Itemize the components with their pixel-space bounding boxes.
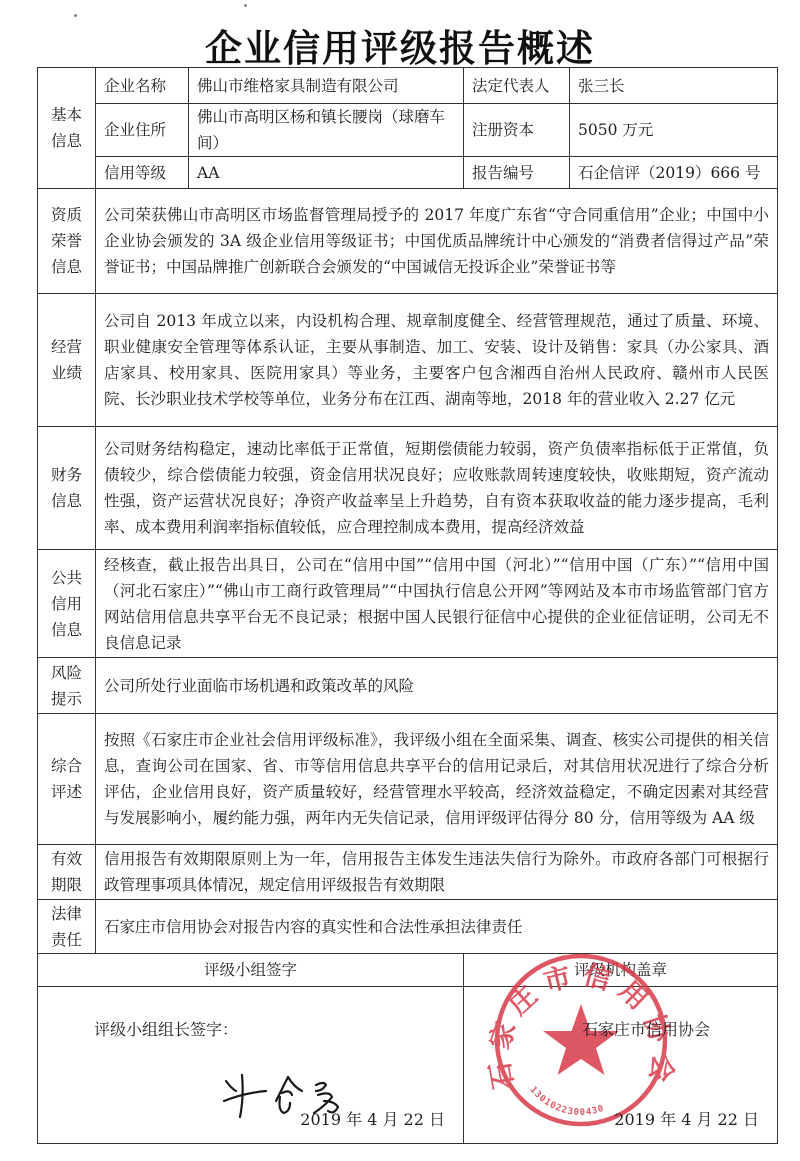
- section-row-legal-liability: 法律责任 石家庄市信用协会对报告内容的真实性和合法性承担法律责任: [38, 900, 778, 954]
- section-label-qualifications: 资质荣誉信息: [38, 189, 96, 294]
- value-address: 佛山市高明区杨和镇长腰岗（球磨车间）: [189, 104, 464, 157]
- section-row-public-credit: 公共信用信息 经核查，截止报告出具日，公司在“信用中国”“信用中国（河北）”“信…: [38, 550, 778, 658]
- section-label-financial-info: 财务信息: [38, 427, 96, 550]
- section-text-financial-info: 公司财务结构稳定，速动比率低于正常值，短期偿债能力较弱，资产负债率指标低于正常值…: [96, 427, 778, 550]
- section-label-legal-liability: 法律责任: [38, 900, 96, 954]
- section-row-qualifications: 资质荣誉信息 公司荣获佛山市高明区市场监督管理局授予的 2017 年度广东省“守…: [38, 189, 778, 294]
- value-report-number: 石企信评（2019）666 号: [570, 157, 778, 189]
- section-text-summary: 按照《石家庄市企业社会信用评级标准》，我评级小组在全面采集、调查、核实公司提供的…: [96, 714, 778, 845]
- section-text-validity: 信用报告有效期限原则上为一年，信用报告主体发生违法失信行为除外。市政府各部门可根…: [96, 845, 778, 900]
- label-registered-capital: 注册资本: [464, 104, 570, 157]
- section-label-basic-info: 基本信息: [38, 68, 96, 189]
- label-credit-level: 信用等级: [96, 157, 189, 189]
- value-registered-capital: 5050 万元: [570, 104, 778, 157]
- report-table: 基本信息 企业名称 佛山市维格家具制造有限公司 法定代表人 张三长 企业住所 佛…: [37, 67, 778, 1144]
- section-text-business-performance: 公司自 2013 年成立以来，内设机构合理、规章制度健全、经营管理规范，通过了质…: [96, 294, 778, 427]
- value-credit-level: AA: [189, 157, 464, 189]
- document-title: 企业信用评级报告概述: [0, 18, 800, 72]
- signature-body-row: 评级小组组长签字： 2019 年 4 月 22 日 石家庄市信用协会: [38, 987, 778, 1144]
- section-text-legal-liability: 石家庄市信用协会对报告内容的真实性和合法性承担法律责任: [96, 900, 778, 954]
- label-address: 企业住所: [96, 104, 189, 157]
- section-text-risk-warning: 公司所处行业面临市场机遇和政策改革的风险: [96, 658, 778, 714]
- section-row-risk-warning: 风险提示 公司所处行业面临市场机遇和政策改革的风险: [38, 658, 778, 714]
- team-signature-date: 2019 年 4 月 22 日: [300, 1107, 445, 1133]
- label-report-number: 报告编号: [464, 157, 570, 189]
- section-label-validity: 有效期限: [38, 845, 96, 900]
- section-row-financial-info: 财务信息 公司财务结构稳定，速动比率低于正常值，短期偿债能力较弱，资产负债率指标…: [38, 427, 778, 550]
- section-row-summary: 综合评述 按照《石家庄市企业社会信用评级标准》，我评级小组在全面采集、调查、核实…: [38, 714, 778, 845]
- rating-agency-seal-cell: 石家庄市信用协会 2019 年 4 月 22 日: [464, 987, 778, 1144]
- basic-info-row-address: 企业住所 佛山市高明区杨和镇长腰岗（球磨车间） 注册资本 5050 万元: [38, 104, 778, 157]
- section-row-validity: 有效期限 信用报告有效期限原则上为一年，信用报告主体发生违法失信行为除外。市政府…: [38, 845, 778, 900]
- value-legal-rep: 张三长: [570, 68, 778, 104]
- handwritten-signature-icon: [58, 1047, 208, 1097]
- section-text-qualifications: 公司荣获佛山市高明区市场监督管理局授予的 2017 年度广东省“守合同重信用”企…: [96, 189, 778, 294]
- value-company-name: 佛山市维格家具制造有限公司: [189, 68, 464, 104]
- section-row-business-performance: 经营业绩 公司自 2013 年成立以来，内设机构合理、规章制度健全、经营管理规范…: [38, 294, 778, 427]
- seal-date: 2019 年 4 月 22 日: [614, 1107, 759, 1133]
- section-label-risk-warning: 风险提示: [38, 658, 96, 714]
- rating-team-signature-header: 评级小组签字: [38, 954, 464, 987]
- rating-agency-name: 石家庄市信用协会: [582, 1017, 710, 1043]
- section-label-business-performance: 经营业绩: [38, 294, 96, 427]
- rating-team-signature-cell: 评级小组组长签字： 2019 年 4 月 22 日: [38, 987, 464, 1144]
- section-text-public-credit: 经核查，截止报告出具日，公司在“信用中国”“信用中国（河北）”“信用中国（广东）…: [96, 550, 778, 658]
- rating-agency-seal-header: 评级机构盖章: [464, 954, 778, 987]
- signature-header-row: 评级小组签字 评级机构盖章: [38, 954, 778, 987]
- basic-info-row-company-name: 基本信息 企业名称 佛山市维格家具制造有限公司 法定代表人 张三长: [38, 68, 778, 104]
- section-label-public-credit: 公共信用信息: [38, 550, 96, 658]
- basic-info-row-credit-level: 信用等级 AA 报告编号 石企信评（2019）666 号: [38, 157, 778, 189]
- section-label-summary: 综合评述: [38, 714, 96, 845]
- label-legal-rep: 法定代表人: [464, 68, 570, 104]
- team-leader-signature-label: 评级小组组长签字：: [94, 1017, 238, 1043]
- label-company-name: 企业名称: [96, 68, 189, 104]
